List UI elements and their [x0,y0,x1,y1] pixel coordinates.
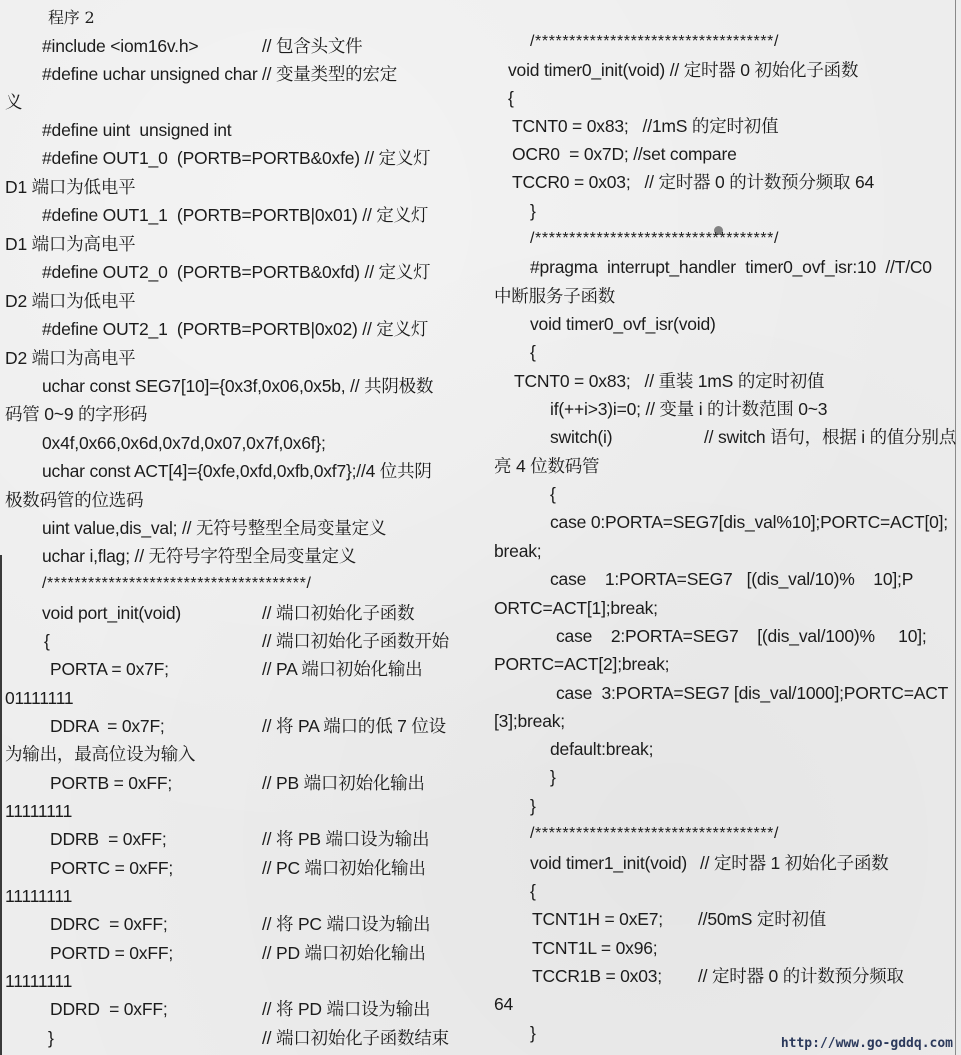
code-comment: // PB 端口初始化输出 [262,769,425,797]
code-line: } [494,197,956,225]
code-line: { [494,338,956,366]
code-text: { [550,480,556,508]
code-text: { [530,877,536,905]
code-text: /**************************************/ [42,570,312,598]
code-text: #include <iom16v.h> [42,32,198,60]
code-text: D2 端口为低电平 [5,287,135,315]
code-text: if(++i>3)i=0; // 变量 i 的计数范围 0~3 [550,395,827,423]
code-text: } [48,1024,54,1052]
code-comment: // PD 端口初始化输出 [262,939,426,967]
code-line: /***********************************/ [494,28,956,56]
code-line: TCNT0 = 0x83; //1mS 的定时初值 [494,112,956,140]
code-line: void timer0_init(void) // 定时器 0 初始化子函数 [494,56,956,84]
code-line: {// 端口初始化子函数开始 [0,627,470,655]
code-line: #define uint unsigned int [0,116,470,144]
code-line: PORTC = 0xFF;// PC 端口初始化输出 [0,854,470,882]
code-text: switch(i) [550,423,612,451]
code-line: { [494,877,956,905]
code-line: DDRA = 0x7F;// 将 PA 端口的低 7 位设 [0,712,470,740]
code-line: case 1:PORTA=SEG7 [(dis_val/10)% 10];P [494,565,956,593]
code-comment: // PA 端口初始化输出 [262,655,422,683]
code-line: DDRD = 0xFF;// 将 PD 端口设为输出 [0,995,470,1023]
code-line: [3];break; [494,707,956,735]
code-line: #define OUT2_1 (PORTB=PORTB|0x02) // 定义灯 [0,315,470,343]
code-line: 64 [494,990,956,1018]
code-line: 亮 4 位数码管 [494,452,956,480]
code-line: uchar const ACT[4]={0xfe,0xfd,0xfb,0xf7}… [0,457,470,485]
code-text: 极数码管的位选码 [5,486,143,514]
code-line: 11111111 [0,882,470,910]
code-comment: // 将 PD 端口设为输出 [262,995,430,1023]
code-text: 01111111 [5,684,73,712]
code-text: 为输出，最高位设为输入 [5,740,195,768]
code-text: #pragma interrupt_handler timer0_ovf_isr… [530,253,932,281]
code-text: 11111111 [5,797,72,825]
code-text: case 3:PORTA=SEG7 [dis_val/1000];PORTC=A… [556,679,948,707]
code-line: 为输出，最高位设为输入 [0,740,470,768]
code-line: #include <iom16v.h>// 包含头文件 [0,32,470,60]
code-text: /***********************************/ [530,225,779,253]
code-text: 码管 0~9 的字形码 [5,400,147,428]
code-line: D2 端口为高电平 [0,344,470,372]
code-line: 中断服务子函数 [494,282,956,310]
code-line: D1 端口为高电平 [0,230,470,258]
code-line: PORTD = 0xFF;// PD 端口初始化输出 [0,939,470,967]
code-text: #define OUT2_0 (PORTB=PORTB&0xfd) // 定义灯 [42,258,430,286]
code-line: uchar i,flag; // 无符号字符型全局变量定义 [0,542,470,570]
code-comment: // switch 语句，根据 i 的值分别点 [704,423,956,451]
code-text: PORTB = 0xFF; [50,769,172,797]
code-text: break; [494,537,541,565]
code-comment: // 将 PA 端口的低 7 位设 [262,712,446,740]
code-text: uchar const SEG7[10]={0x3f,0x06,0x5b, //… [42,372,433,400]
code-text: PORTC = 0xFF; [50,854,173,882]
code-text: OCR0 = 0x7D; //set compare [512,140,737,168]
code-line: ORTC=ACT[1];break; [494,594,956,622]
code-text: { [508,84,514,112]
code-text: 亮 4 位数码管 [494,452,599,480]
code-text: case 2:PORTA=SEG7 [(dis_val/100)% 10]; [556,622,927,650]
code-line: D2 端口为低电平 [0,287,470,315]
code-text: 11111111 [5,882,72,910]
code-text: TCCR0 = 0x03; // 定时器 0 的计数预分频取 64 [512,168,874,196]
code-comment: // 将 PB 端口设为输出 [262,825,429,853]
code-text: DDRA = 0x7F; [50,712,165,740]
code-line: { [494,480,956,508]
code-text: TCNT0 = 0x83; //1mS 的定时初值 [512,112,778,140]
code-text: DDRB = 0xFF; [50,825,167,853]
code-text: PORTD = 0xFF; [50,939,173,967]
code-text: [3];break; [494,707,565,735]
code-text: uchar i,flag; // 无符号字符型全局变量定义 [42,542,356,570]
code-text: } [530,197,536,225]
code-text: TCCR1B = 0x03; [532,962,662,990]
code-line: TCCR1B = 0x03;// 定时器 0 的计数预分频取 [494,962,956,990]
code-text: case 0:PORTA=SEG7[dis_val%10];PORTC=ACT[… [550,508,948,536]
code-comment: // 端口初始化子函数开始 [262,627,449,655]
code-line: /***********************************/ [494,820,956,848]
code-text: ORTC=ACT[1];break; [494,594,658,622]
code-line: 11111111 [0,797,470,825]
code-line: PORTA = 0x7F;// PA 端口初始化输出 [0,655,470,683]
code-line: default:break; [494,735,956,763]
code-comment: // 将 PC 端口设为输出 [262,910,430,938]
code-text: void timer0_ovf_isr(void) [530,310,716,338]
code-text: #define OUT1_1 (PORTB=PORTB|0x01) // 定义灯 [42,201,428,229]
code-text: #define uchar unsigned char [42,60,257,88]
code-line: #define OUT1_1 (PORTB=PORTB|0x01) // 定义灯 [0,201,470,229]
code-line: 程序 2 [0,4,470,32]
code-line: { [494,84,956,112]
code-line: void port_init(void)// 端口初始化子函数 [0,599,470,627]
code-line: #define OUT1_0 (PORTB=PORTB&0xfe) // 定义灯 [0,144,470,172]
code-text: D1 端口为高电平 [5,230,135,258]
code-line: /***********************************/ [494,225,956,253]
code-line: case 2:PORTA=SEG7 [(dis_val/100)% 10]; [494,622,956,650]
code-line: switch(i)// switch 语句，根据 i 的值分别点 [494,423,956,451]
code-text: 中断服务子函数 [494,282,615,310]
code-text: void port_init(void) [42,599,181,627]
code-text: void timer1_init(void) [530,849,687,877]
code-line: 极数码管的位选码 [0,486,470,514]
code-line: 01111111 [0,684,470,712]
code-text: DDRD = 0xFF; [50,995,167,1023]
code-line: PORTB = 0xFF;// PB 端口初始化输出 [0,769,470,797]
code-text: { [44,627,50,655]
code-line: case 0:PORTA=SEG7[dis_val%10];PORTC=ACT[… [494,508,956,536]
code-text: void timer0_init(void) // 定时器 0 初始化子函数 [508,56,858,84]
code-text: /***********************************/ [530,820,779,848]
code-line: void timer0_ovf_isr(void) [494,310,956,338]
code-line: }// 端口初始化子函数结束 [0,1024,470,1052]
code-line: 码管 0~9 的字形码 [0,400,470,428]
code-text: /***********************************/ [530,28,779,56]
code-text: TCNT0 = 0x83; // 重装 1mS 的定时初值 [514,367,824,395]
code-line: break; [494,537,956,565]
code-text: D1 端口为低电平 [5,173,135,201]
code-text: #define OUT1_0 (PORTB=PORTB&0xfe) // 定义灯 [42,144,430,172]
code-line: D1 端口为低电平 [0,173,470,201]
scanned-page: 程序 2#include <iom16v.h>// 包含头文件#define u… [0,0,961,1055]
code-line: TCNT0 = 0x83; // 重装 1mS 的定时初值 [494,367,956,395]
code-line: DDRC = 0xFF;// 将 PC 端口设为输出 [0,910,470,938]
code-line: 11111111 [0,967,470,995]
code-text: } [530,1019,536,1047]
code-comment: // 定时器 1 初始化子函数 [700,849,889,877]
code-line: /**************************************/ [0,570,470,598]
code-text: TCNT1H = 0xE7; [532,905,663,933]
code-line: } [494,792,956,820]
code-text: D2 端口为高电平 [5,344,135,372]
code-text: PORTA = 0x7F; [50,655,169,683]
code-text: uchar const ACT[4]={0xfe,0xfd,0xfb,0xf7}… [42,457,432,485]
code-text: uint value,dis_val; // 无符号整型全局变量定义 [42,514,386,542]
code-comment: // 包含头文件 [262,32,363,60]
code-line: TCCR0 = 0x03; // 定时器 0 的计数预分频取 64 [494,168,956,196]
code-line: 义 [0,88,470,116]
code-line: #pragma interrupt_handler timer0_ovf_isr… [494,253,956,281]
code-text: #define uint unsigned int [42,116,231,144]
code-text: } [550,763,556,791]
code-text: } [530,792,536,820]
code-comment: // 变量类型的宏定 [262,60,397,88]
code-line: uint value,dis_val; // 无符号整型全局变量定义 [0,514,470,542]
code-text: { [530,338,536,366]
code-line: case 3:PORTA=SEG7 [dis_val/1000];PORTC=A… [494,679,956,707]
code-text: 程序 2 [48,4,94,32]
code-line: #define uchar unsigned char// 变量类型的宏定 [0,60,470,88]
code-line: if(++i>3)i=0; // 变量 i 的计数范围 0~3 [494,395,956,423]
code-line: uchar const SEG7[10]={0x3f,0x06,0x5b, //… [0,372,470,400]
watermark-url: http://www.go-gddq.com [781,1036,953,1051]
code-line: DDRB = 0xFF;// 将 PB 端口设为输出 [0,825,470,853]
code-text: PORTC=ACT[2];break; [494,650,669,678]
code-text: TCNT1L = 0x96; [532,934,657,962]
code-text: default:break; [550,735,653,763]
code-line: #define OUT2_0 (PORTB=PORTB&0xfd) // 定义灯 [0,258,470,286]
code-comment: // 端口初始化子函数 [262,599,414,627]
code-comment: // 端口初始化子函数结束 [262,1024,449,1052]
code-text: DDRC = 0xFF; [50,910,167,938]
code-comment: // 定时器 0 的计数预分频取 [698,962,904,990]
code-line: TCNT1H = 0xE7;//50mS 定时初值 [494,905,956,933]
code-text: 64 [494,990,513,1018]
code-line: } [494,763,956,791]
code-comment: //50mS 定时初值 [698,905,826,933]
code-text: 11111111 [5,967,72,995]
code-text: 0x4f,0x66,0x6d,0x7d,0x07,0x7f,0x6f}; [42,429,326,457]
code-line: OCR0 = 0x7D; //set compare [494,140,956,168]
code-line: TCNT1L = 0x96; [494,934,956,962]
code-comment: // PC 端口初始化输出 [262,854,426,882]
code-text: #define OUT2_1 (PORTB=PORTB|0x02) // 定义灯 [42,315,428,343]
code-line: PORTC=ACT[2];break; [494,650,956,678]
code-text: 义 [5,88,22,116]
code-text: case 1:PORTA=SEG7 [(dis_val/10)% 10];P [550,565,913,593]
code-line: 0x4f,0x66,0x6d,0x7d,0x07,0x7f,0x6f}; [0,429,470,457]
code-line: void timer1_init(void)// 定时器 1 初始化子函数 [494,849,956,877]
